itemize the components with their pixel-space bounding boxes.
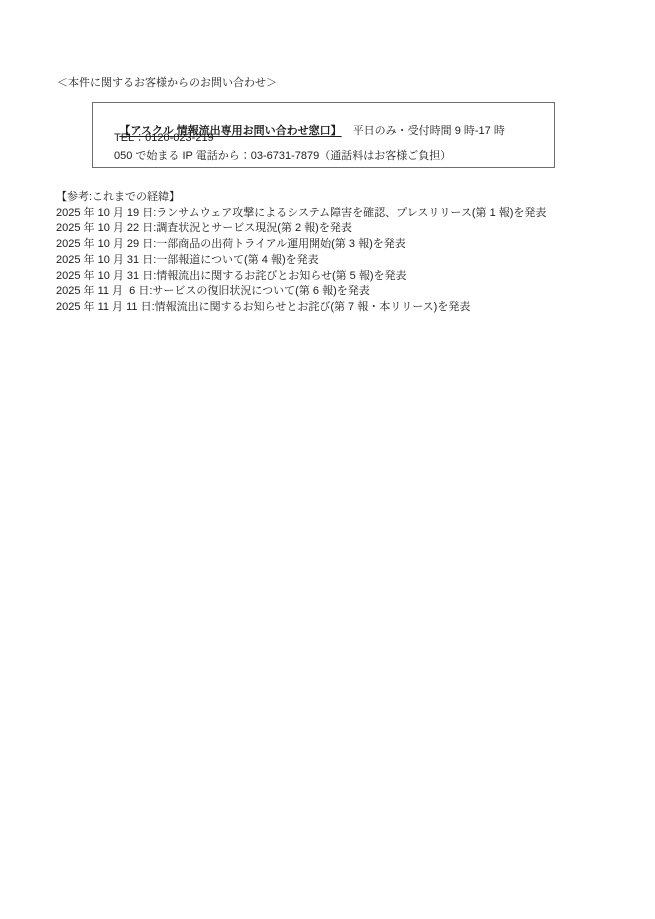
history-item: 2025 年 10 月 31 日:一部報道について(第 4 報)を発表 [56,253,546,269]
document-page: ＜本件に関するお客様からのお問い合わせ＞ 【アスクル 情報流出専用お問い合わせ窓… [0,0,655,919]
history-item: 2025 年 11 月 6 日:サービスの復旧状況について(第 6 報)を発表 [56,284,546,300]
contact-info-box: 【アスクル 情報流出専用お問い合わせ窓口】平日のみ・受付時間 9 時-17 時 … [92,102,555,168]
history-item: 2025 年 10 月 22 日:調査状況とサービス現況(第 2 報)を発表 [56,221,546,237]
history-item: 2025 年 11 月 11 日:情報流出に関するお知らせとお詫び(第 7 報・… [56,300,546,316]
history-item: 2025 年 10 月 19 日:ランサムウェア攻撃によるシステム障害を確認、プ… [56,206,546,222]
contact-tel: TEL：0120-023-219 [114,129,214,145]
history-item: 2025 年 10 月 31 日:情報流出に関するお詫びとお知らせ(第 5 報)… [56,269,546,285]
contact-section-heading: ＜本件に関するお客様からのお問い合わせ＞ [57,76,277,90]
history-item: 2025 年 10 月 29 日:一部商品の出荷トライアル運用開始(第 3 報)… [56,237,546,253]
history-heading: 【参考:これまでの経緯】 [56,190,546,206]
contact-hours: 平日のみ・受付時間 9 時-17 時 [353,125,505,137]
history-section: 【参考:これまでの経緯】 2025 年 10 月 19 日:ランサムウェア攻撃に… [56,190,546,316]
contact-ip-phone: 050 で始まる IP 電話から：03-6731-7879（通話料はお客様ご負担… [114,147,451,163]
